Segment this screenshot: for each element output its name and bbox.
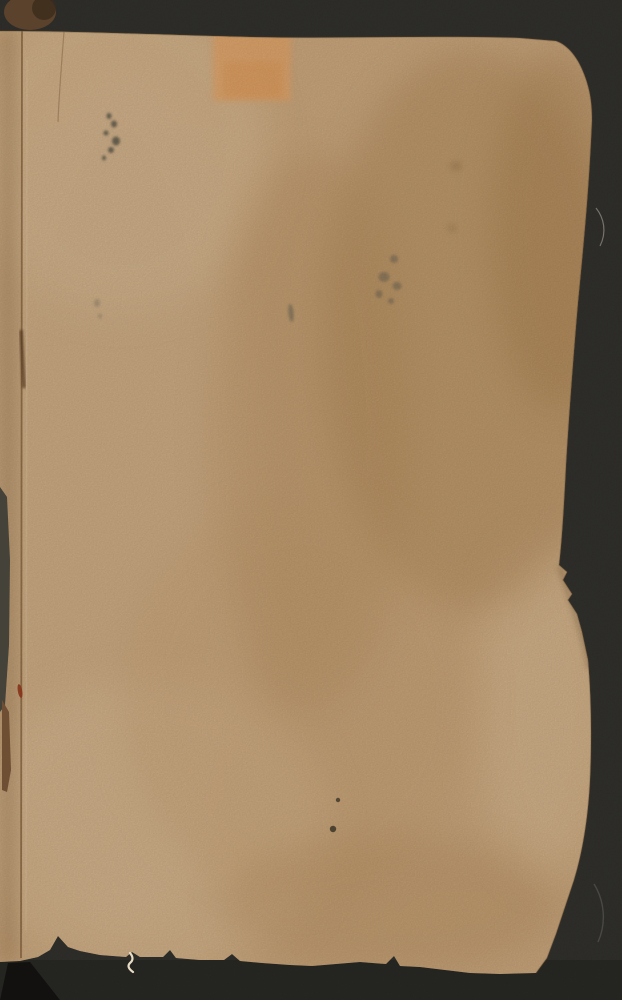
stain-layer — [0, 0, 622, 1000]
photo-canvas — [0, 0, 622, 1000]
paper-texture — [0, 0, 622, 1000]
scanned-page-photo — [0, 0, 622, 1000]
